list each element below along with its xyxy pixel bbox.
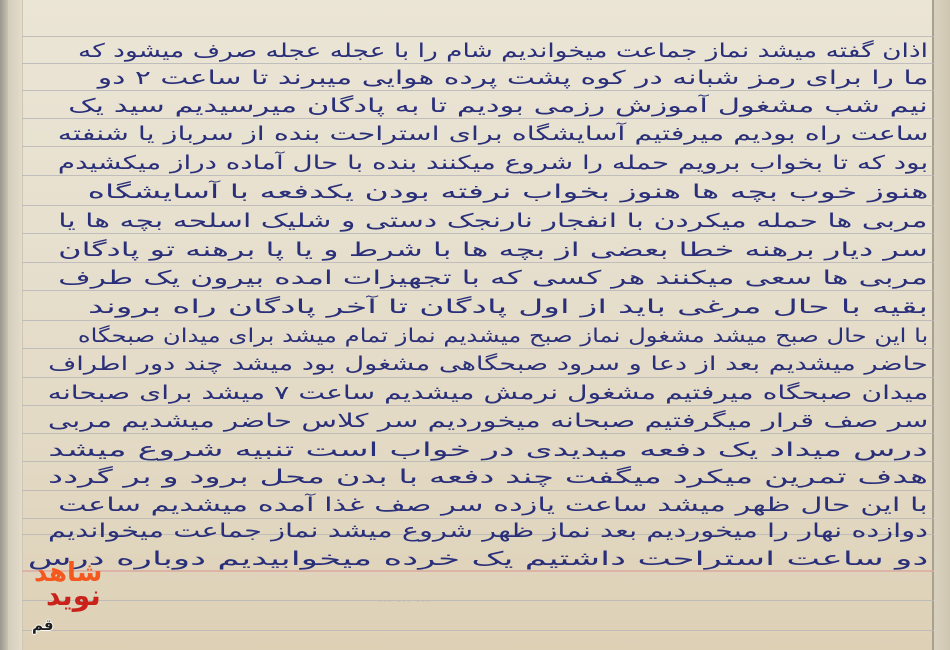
handwritten-line-14: سر صف قرار میگرفتیم صبحانه میخوردیم سر ک… xyxy=(47,410,928,432)
ruled-line xyxy=(22,63,934,64)
handwritten-line-17: با این حال ظهر میشد ساعت یازده سر صف غذا… xyxy=(58,494,928,516)
handwritten-line-12: حاضر میشدیم بعد از دعا و سرود صبحگاهی مش… xyxy=(48,353,928,375)
ruled-line xyxy=(22,90,934,91)
handwritten-line-3: نیم شب مشغول آموزش رزمی بودیم تا به پادگ… xyxy=(68,95,928,117)
paper-left-edge xyxy=(0,0,8,650)
ruled-line xyxy=(22,433,934,434)
ruled-line xyxy=(22,320,934,321)
handwritten-line-6: هنوز خوب بچه ها هنوز بخواب نرفته بودن یک… xyxy=(87,181,928,203)
faint-bleed-through-text: ... ... ... xyxy=(378,588,430,606)
handwritten-line-7: مربی ها حمله میکردن با انفجار نارنجک دست… xyxy=(59,210,928,232)
ruled-line xyxy=(22,233,934,234)
handwritten-line-16: هدف تمرین میکرد میگفت چند دفعه با بدن مح… xyxy=(48,466,928,488)
handwritten-line-18: دوازده نهار را میخوردیم بعد نماز ظهر شرو… xyxy=(48,520,928,542)
handwritten-line-4: ساعت راه بودیم میرفتیم آسایشگاه برای است… xyxy=(57,123,928,145)
scanned-document-page: اذان گفته میشد نماز جماعت میخواندیم شام … xyxy=(0,0,950,650)
handwritten-line-1: اذان گفته میشد نماز جماعت میخواندیم شام … xyxy=(78,40,928,62)
ruled-line xyxy=(22,205,934,206)
handwritten-line-13: میدان صبحگاه میرفتیم مشغول نرمش میشدیم س… xyxy=(47,382,928,404)
ruled-line xyxy=(22,377,934,378)
watermark-logo: شاهد نوید قم xyxy=(28,560,118,640)
logo-word-qom: قم xyxy=(32,616,54,634)
paper-fold-strip xyxy=(8,0,23,650)
handwritten-line-15: درس میداد یک دفعه میدیدی در خواب است تنب… xyxy=(49,439,928,461)
handwritten-line-8: سر دیار برهنه خطا بعضی از بچه ها با شرط … xyxy=(58,239,928,261)
ruled-line xyxy=(22,146,934,147)
paper-right-margin xyxy=(932,0,950,650)
handwritten-line-10: بقیه با حال مرغی باید از اول پادگان تا آ… xyxy=(88,296,928,318)
handwritten-line-2: ما را برای رمز شبانه در کوه پشت پرده هوا… xyxy=(97,67,928,89)
ruled-line xyxy=(22,490,934,491)
ruled-line xyxy=(22,348,934,349)
ruled-line-red xyxy=(22,570,934,572)
handwritten-line-9: مربی ها سعی میکنند هر کسی که با تجهیزات … xyxy=(58,267,928,289)
ruled-line xyxy=(22,290,934,291)
ruled-line xyxy=(22,405,934,406)
handwritten-line-19: دو ساعت استراحت داشتیم یک خرده میخوابیدی… xyxy=(27,548,928,570)
ruled-line xyxy=(22,600,934,601)
ruled-line xyxy=(22,518,934,519)
ruled-line xyxy=(22,175,934,176)
ruled-line xyxy=(22,118,934,119)
ruled-line xyxy=(22,461,934,462)
ruled-line xyxy=(22,262,934,263)
ruled-line xyxy=(22,36,934,37)
handwritten-line-11: با این حال صبح میشد مشغول نماز صبح میشدی… xyxy=(78,325,928,347)
handwritten-line-5: بود که تا بخواب برویم حمله را شروع میکنن… xyxy=(58,152,928,174)
logo-word-navid: نوید xyxy=(46,582,101,610)
ruled-line xyxy=(22,630,934,631)
